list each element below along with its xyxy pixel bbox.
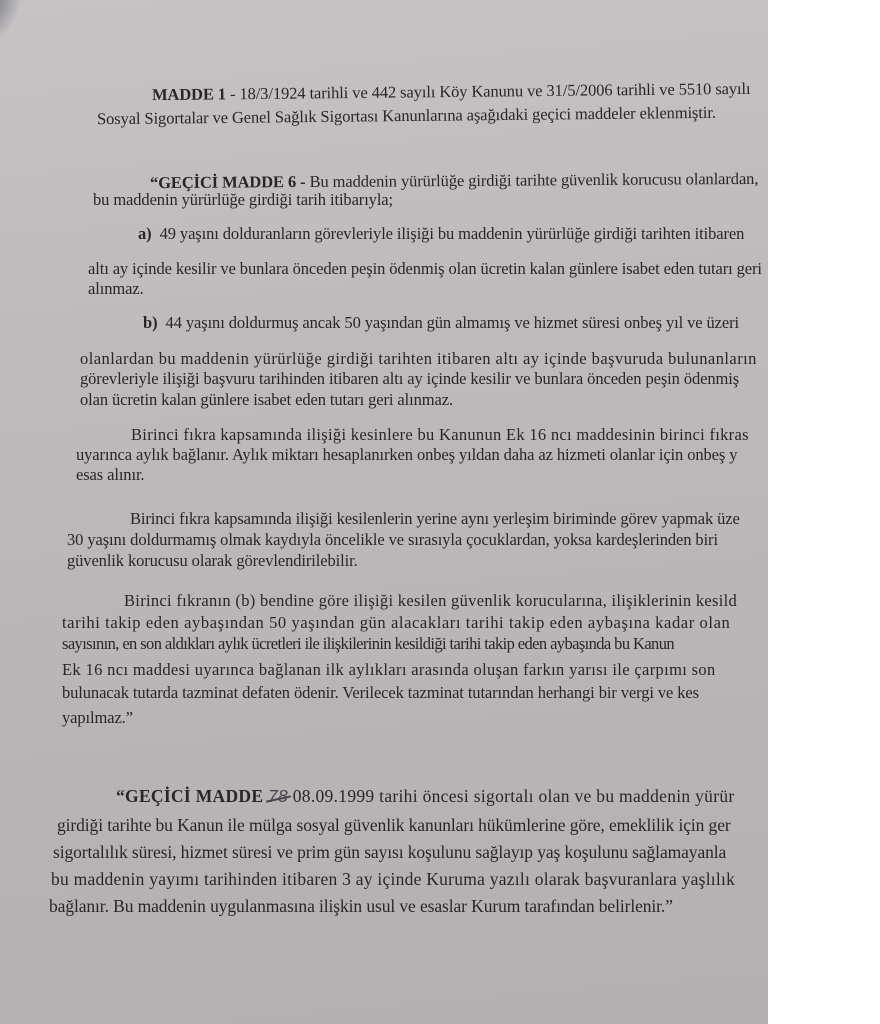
gecici-madde-78-line-1: “GEÇİCİ MADDE 78 08.09.1999 tarihi önces…: [116, 786, 735, 807]
item-b-marker: b): [143, 313, 157, 332]
para3-line-5: bulunacak tutarda tazminat defaten ödeni…: [62, 683, 699, 703]
para3-line-1: Birinci fıkranın (b) bendine göre ilişiğ…: [124, 591, 737, 611]
gecici-madde-78-label: “GEÇİCİ MADDE: [116, 786, 268, 806]
gecici-madde-78-line-2: girdiği tarihte bu Kanun ile mülga sosya…: [57, 815, 731, 836]
gecici-madde-78-line-5: bağlanır. Bu maddenin uygulanmasına iliş…: [49, 896, 673, 917]
madde-1-line-1: MADDE 1 - 18/3/1924 tarihli ve 442 sayıl…: [152, 79, 751, 105]
para2-line-1: Birinci fıkra kapsamında ilişiği kesilen…: [130, 509, 740, 529]
handwritten-struck-number: 78: [268, 786, 288, 807]
item-a-line-1: a) 49 yaşını dolduranların görevleriyle …: [138, 224, 744, 244]
para3-line-2: tarihi takip eden aybaşından 50 yaşından…: [62, 613, 730, 633]
para1-line-3: esas alınır.: [76, 465, 144, 485]
madde-1-label: MADDE 1: [152, 84, 226, 104]
para3-line-4: Ek 16 ncı maddesi uyarınca bağlanan ilk …: [62, 660, 716, 680]
item-b-line-2: olanlardan bu maddenin yürürlüğe girdiği…: [80, 349, 757, 369]
para2-line-2: 30 yaşını doldurmamış olmak kaydıyla önc…: [67, 530, 718, 550]
document-photo: MADDE 1 - 18/3/1924 tarihli ve 442 sayıl…: [0, 0, 768, 1024]
item-b-line-3: görevleriyle ilişiği başvuru tarihinden …: [80, 369, 739, 389]
gecici-madde-78-line-3: sigortalılık süresi, hizmet süresi ve pr…: [53, 842, 726, 863]
para3-line-3: sayısının, en son aldıkları aylık ücretl…: [62, 634, 674, 654]
para3-line-6: yapılmaz.”: [62, 708, 133, 728]
item-a-marker: a): [138, 224, 152, 243]
madde-1-line-2: Sosyal Sigortalar ve Genel Sağlık Sigort…: [97, 103, 716, 129]
item-a-line-3: alınmaz.: [88, 279, 144, 299]
page-corner-shadow: [0, 0, 36, 58]
item-b-line-4: olan ücretin kalan günlere isabet eden t…: [80, 390, 453, 410]
item-a-line-2: altı ay içinde kesilir ve bunlara öncede…: [88, 259, 762, 279]
para2-line-3: güvenlik korucusu olarak görevlendirileb…: [67, 551, 358, 571]
gecici-madde-78-line-4: bu maddenin yayımı tarihinden itibaren 3…: [51, 869, 735, 890]
gecici-madde-6-line-2: bu maddenin yürürlüğe girdiği tarih itib…: [93, 190, 393, 210]
para1-line-2: uyarınca aylık bağlanır. Aylık miktarı h…: [76, 445, 737, 465]
item-b-line-1: b) 44 yaşını doldurmuş ancak 50 yaşından…: [143, 313, 739, 333]
para1-line-1: Birinci fıkra kapsamında ilişiği kesinle…: [131, 425, 749, 445]
